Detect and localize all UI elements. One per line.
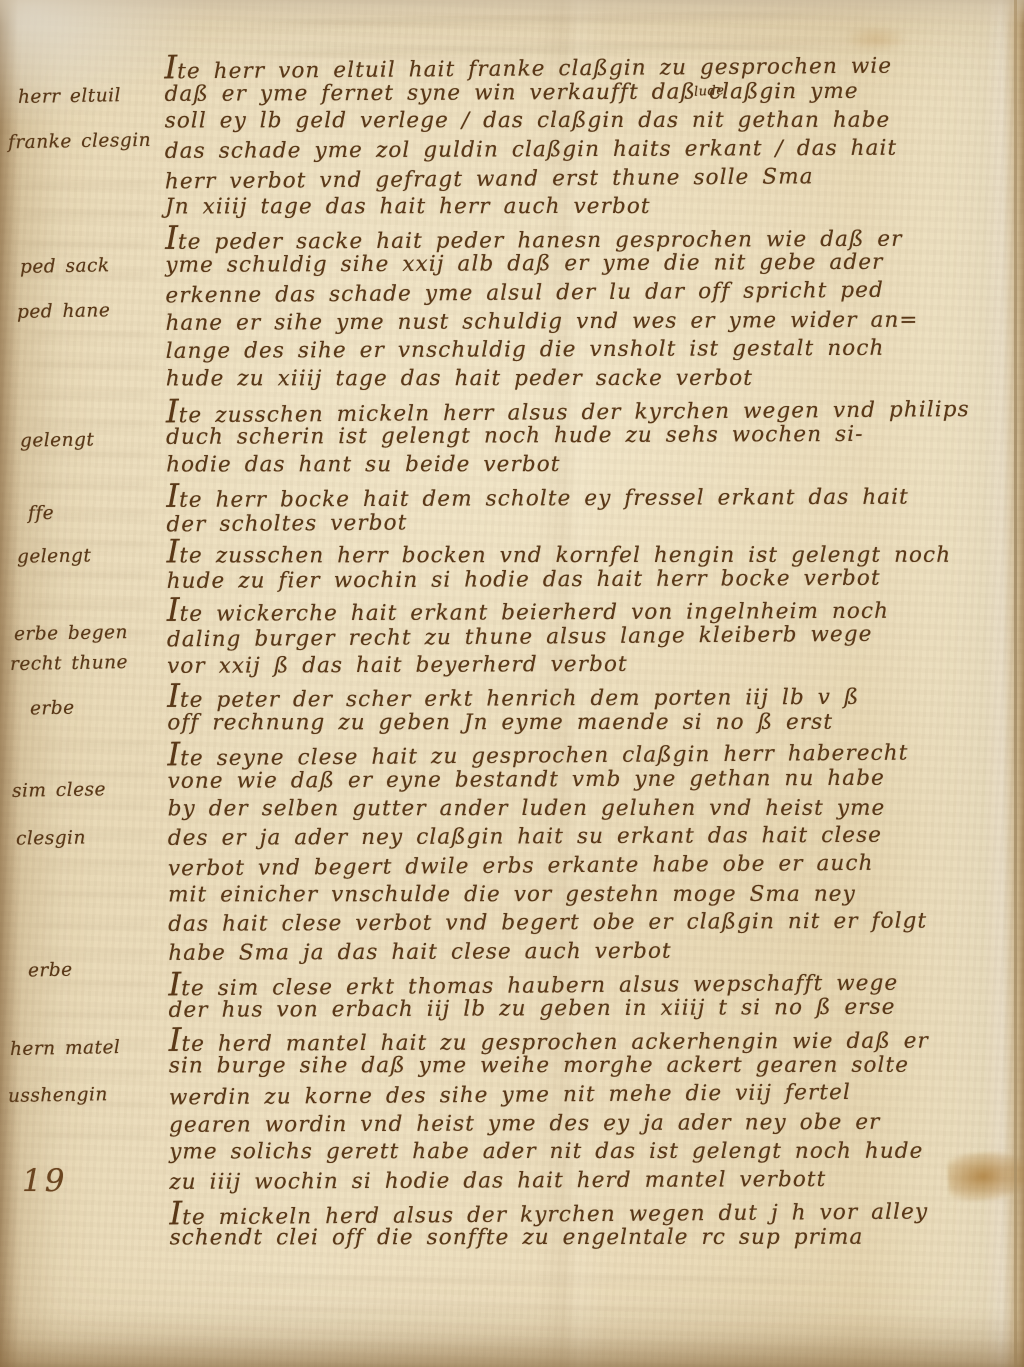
margin-note: herr eltuil (18, 85, 121, 108)
margin-note: erbe (30, 698, 75, 720)
text-line: schendt clei off die sonffte zu engelnta… (170, 1224, 1022, 1253)
text-line: der scholtes verbot (166, 505, 1018, 540)
text-line: gearen wordin vnd heist yme des ey ja ad… (169, 1108, 1021, 1140)
margin-note: ffe (28, 503, 55, 524)
text-line: das schade yme zol guldin claßgin haits … (165, 134, 1017, 166)
text-line: Ite mickeln herd alsus der kyrchen wegen… (169, 1192, 1021, 1227)
margin-note: usshengin (8, 1084, 108, 1107)
text-line: habe Sma ja das hait clese auch verbot (168, 936, 1020, 968)
margin-note: ped sack (20, 255, 110, 278)
page-number: 19 (22, 1163, 67, 1199)
text-line: Ite peder sacke hait peder hanesn gespro… (165, 220, 1017, 252)
text-line: Ite zusschen mickeln herr alsus der kyrc… (166, 390, 1018, 425)
text-line: lange des sihe er vnschuldig die vnsholt… (166, 335, 1018, 367)
text-line: Ite herr von eltuil hait franke claßgin … (164, 47, 1016, 82)
text-line: yme solichs gerett habe ader nit das ist… (169, 1138, 1021, 1167)
text-line: das hait clese verbot vnd begert obe er … (168, 907, 1020, 939)
margin-note: clesgin (16, 827, 86, 849)
margin-note: recht thune (10, 652, 128, 675)
margin-note: hern matel (10, 1037, 121, 1060)
text-line: zu iiij wochin si hodie das hait herd ma… (169, 1165, 1021, 1197)
margin-note: erbe begen (14, 622, 128, 645)
text-line: Ite sim clese erkt thomas haubern alsus … (168, 963, 1020, 998)
margin-note: gelengt (20, 429, 95, 451)
text-line: Ite herd mantel hait zu gesprochen acker… (169, 1022, 1021, 1054)
text-line: soll ey lb geld verlege / das claßgin da… (165, 107, 1017, 136)
text-line: by der selben gutter ander luden geluhen… (168, 794, 1020, 823)
manuscript-page: herr eltuil franke clesgin ped sack ped … (0, 0, 1024, 1367)
text-line: hane er sihe yme nust schuldig vnd wes e… (166, 306, 1018, 338)
text-line: mit einicher vnschulde die vor gestehn m… (168, 880, 1020, 909)
main-text-block: Ite herr von eltuil hait franke claßgin … (164, 48, 1021, 1255)
text-line: vor xxij ß das hait beyerherd verbot (167, 650, 1019, 682)
margin-note: franke clesgin (8, 130, 151, 153)
text-line: Ite seyne clese hait zu gesprochen claßg… (167, 734, 1019, 769)
text-line: verbot vnd begert dwile erbs erkante hab… (168, 849, 1020, 884)
text-line: hude zu fier wochin si hodie das hait he… (167, 564, 1019, 596)
margin-note: erbe (28, 960, 73, 982)
text-line: off rechnung zu geben Jn eyme maende si … (167, 708, 1019, 737)
text-line: Jn xiiij tage das hait herr auch verbot (165, 193, 1017, 222)
margin-note: sim clese (12, 779, 106, 802)
margin-column: herr eltuil franke clesgin ped sack ped … (0, 0, 170, 1367)
bleed-through-text (180, 1275, 860, 1325)
margin-note: ped hane (17, 300, 111, 323)
text-line: sin burge sihe daß yme weihe morghe acke… (169, 1052, 1021, 1081)
text-line: Ite peter der scher erkt henrich dem por… (167, 678, 1019, 710)
text-line: hude zu xiiij tage das hait peder sacke … (166, 365, 1018, 394)
text-line: Ite zusschen herr bocken vnd kornfel hen… (167, 537, 1019, 566)
text-line: herr verbot vnd gefragt wand erst thune … (165, 161, 1017, 196)
margin-note: gelengt (17, 545, 92, 567)
text-line: hodie das hant su beide verbot (166, 451, 1018, 480)
